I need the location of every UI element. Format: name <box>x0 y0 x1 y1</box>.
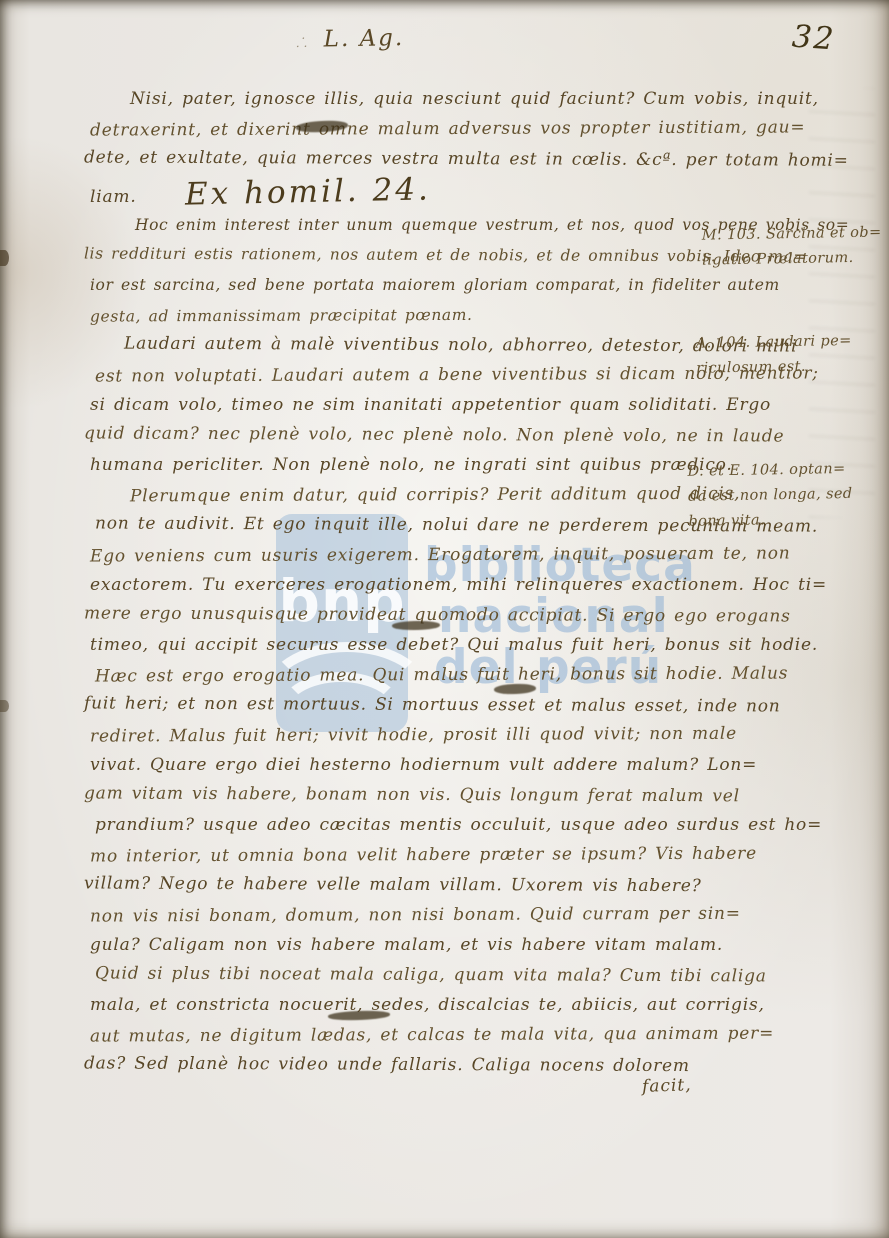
manuscript-line: vivat. Quare ergo diei hesterno hodiernu… <box>90 750 796 780</box>
manuscript-line: fuit heri; et non est mortuus. Si mortuu… <box>84 688 796 721</box>
manuscript-line: aut mutas, ne digitum lædas, et calcas t… <box>90 1018 796 1051</box>
manuscript-line: Ego veniens cum usuris exigerem. Erogato… <box>90 538 796 571</box>
running-header: ⸫L. Ag. <box>296 25 405 53</box>
folio-number: 32 <box>791 19 837 58</box>
manuscript-line: dete, et exultate, quia merces vestra mu… <box>84 142 796 175</box>
header-flourish-mark: ⸫ <box>296 36 308 51</box>
ink-layer: 32 ⸫L. Ag. Nisi, pater, ignosce illis, q… <box>0 0 889 1238</box>
manuscript-line: mo interior, ut omnia bona velit habere … <box>90 838 796 871</box>
manuscript-line: gula? Caligam non vis habere malam, et v… <box>90 930 796 960</box>
manuscript-line: quid dicam? nec plenè volo, nec plenè no… <box>84 418 796 451</box>
manuscript-line: gesta, ad immanissimam præcipitat pœnam. <box>90 298 796 331</box>
section-heading: Ex homil. 24. <box>184 171 431 212</box>
verso-bleedthrough <box>809 88 875 518</box>
manuscript-line: mala, et constricta nocuerit, sedes, dis… <box>90 990 796 1020</box>
main-text-block: Nisi, pater, ignosce illis, quia nesciun… <box>90 84 796 1080</box>
manuscript-line: prandium? usque adeo cæcitas mentis occu… <box>95 810 796 840</box>
manuscript-line: ior est sarcina, sed bene portata maiore… <box>90 270 796 300</box>
page-edge-stain <box>0 250 9 266</box>
section-heading-row: liam. Ex homil. 24. <box>90 174 796 210</box>
manuscript-line: lis reddituri estis rationem, nos autem … <box>84 238 796 271</box>
manuscript-line: Nisi, pater, ignosce illis, quia nesciun… <box>90 84 796 114</box>
manuscript-line: mere ergo unusquisque provideat quomodo … <box>84 598 796 631</box>
manuscript-page: bnp biblioteca nacional del perú 32 ⸫L. … <box>0 0 889 1238</box>
manuscript-line: Laudari autem à malè viventibus nolo, ab… <box>84 328 796 361</box>
page-edge-stain <box>0 700 9 712</box>
manuscript-line: villam? Nego te habere velle malam villa… <box>84 868 796 901</box>
running-header-text: L. Ag. <box>323 25 404 52</box>
manuscript-line: timeo, qui accipit securus esse debet? Q… <box>90 630 796 660</box>
manuscript-line: si dicam volo, timeo ne sim inanitati ap… <box>90 390 796 420</box>
manuscript-line: Quid si plus tibi noceat mala caliga, qu… <box>95 958 796 991</box>
manuscript-line: detraxerint, et dixerint omne malum adve… <box>90 112 796 145</box>
manuscript-line: rediret. Malus fuit heri; vivit hodie, p… <box>90 718 796 751</box>
manuscript-line: est non voluptati. Laudari autem a bene … <box>95 358 796 391</box>
paragraph-end: liam. <box>90 187 137 207</box>
manuscript-line: exactorem. Tu exerceres erogationem, mih… <box>90 570 796 600</box>
manuscript-line: non vis nisi bonam, domum, non nisi bona… <box>90 898 796 931</box>
manuscript-line: Hoc enim interest inter unum quemque ves… <box>95 210 796 240</box>
manuscript-line: gam vitam vis habere, bonam non vis. Qui… <box>84 778 796 811</box>
manuscript-line: Hæc est ergo erogatio mea. Qui malus fui… <box>95 658 796 691</box>
catchword: facit, <box>642 1075 692 1097</box>
